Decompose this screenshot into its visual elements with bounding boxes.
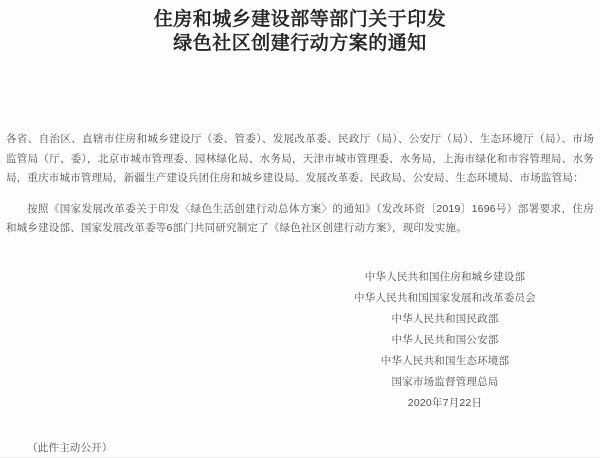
signature-agency-3: 中华人民共和国民政部 (300, 309, 590, 330)
disclosure-note: （此件主动公开） (27, 440, 113, 455)
signature-agency-2: 中华人民共和国国家发展和改革委员会 (300, 288, 590, 309)
document-body: 各省、自治区、直辖市住房和城乡建设厅（委、管委）、发展改革委、民政厅（局）、公安… (0, 130, 600, 239)
body-paragraph: 按照《国家发展改革委关于印发〈绿色生活创建行动总体方案〉的通知》（发改环资〔20… (6, 200, 594, 239)
signature-date: 2020年7月22日 (300, 393, 590, 414)
document-title-line-2: 绿色社区创建行动方案的通知 (0, 32, 600, 56)
signature-agency-4: 中华人民共和国公安部 (300, 330, 590, 351)
signature-agency-6: 国家市场监督管理总局 (300, 372, 590, 393)
document-title: 住房和城乡建设部等部门关于印发 绿色社区创建行动方案的通知 (0, 0, 600, 56)
signature-agency-5: 中华人民共和国生态环境部 (300, 351, 590, 372)
document-title-line-1: 住房和城乡建设部等部门关于印发 (0, 8, 600, 32)
signature-block: 中华人民共和国住房和城乡建设部 中华人民共和国国家发展和改革委员会 中华人民共和… (300, 267, 590, 414)
signature-agency-1: 中华人民共和国住房和城乡建设部 (300, 267, 590, 288)
recipients-paragraph: 各省、自治区、直辖市住房和城乡建设厅（委、管委）、发展改革委、民政厅（局）、公安… (6, 130, 594, 189)
notice-document: 住房和城乡建设部等部门关于印发 绿色社区创建行动方案的通知 各省、自治区、直辖市… (0, 0, 600, 458)
